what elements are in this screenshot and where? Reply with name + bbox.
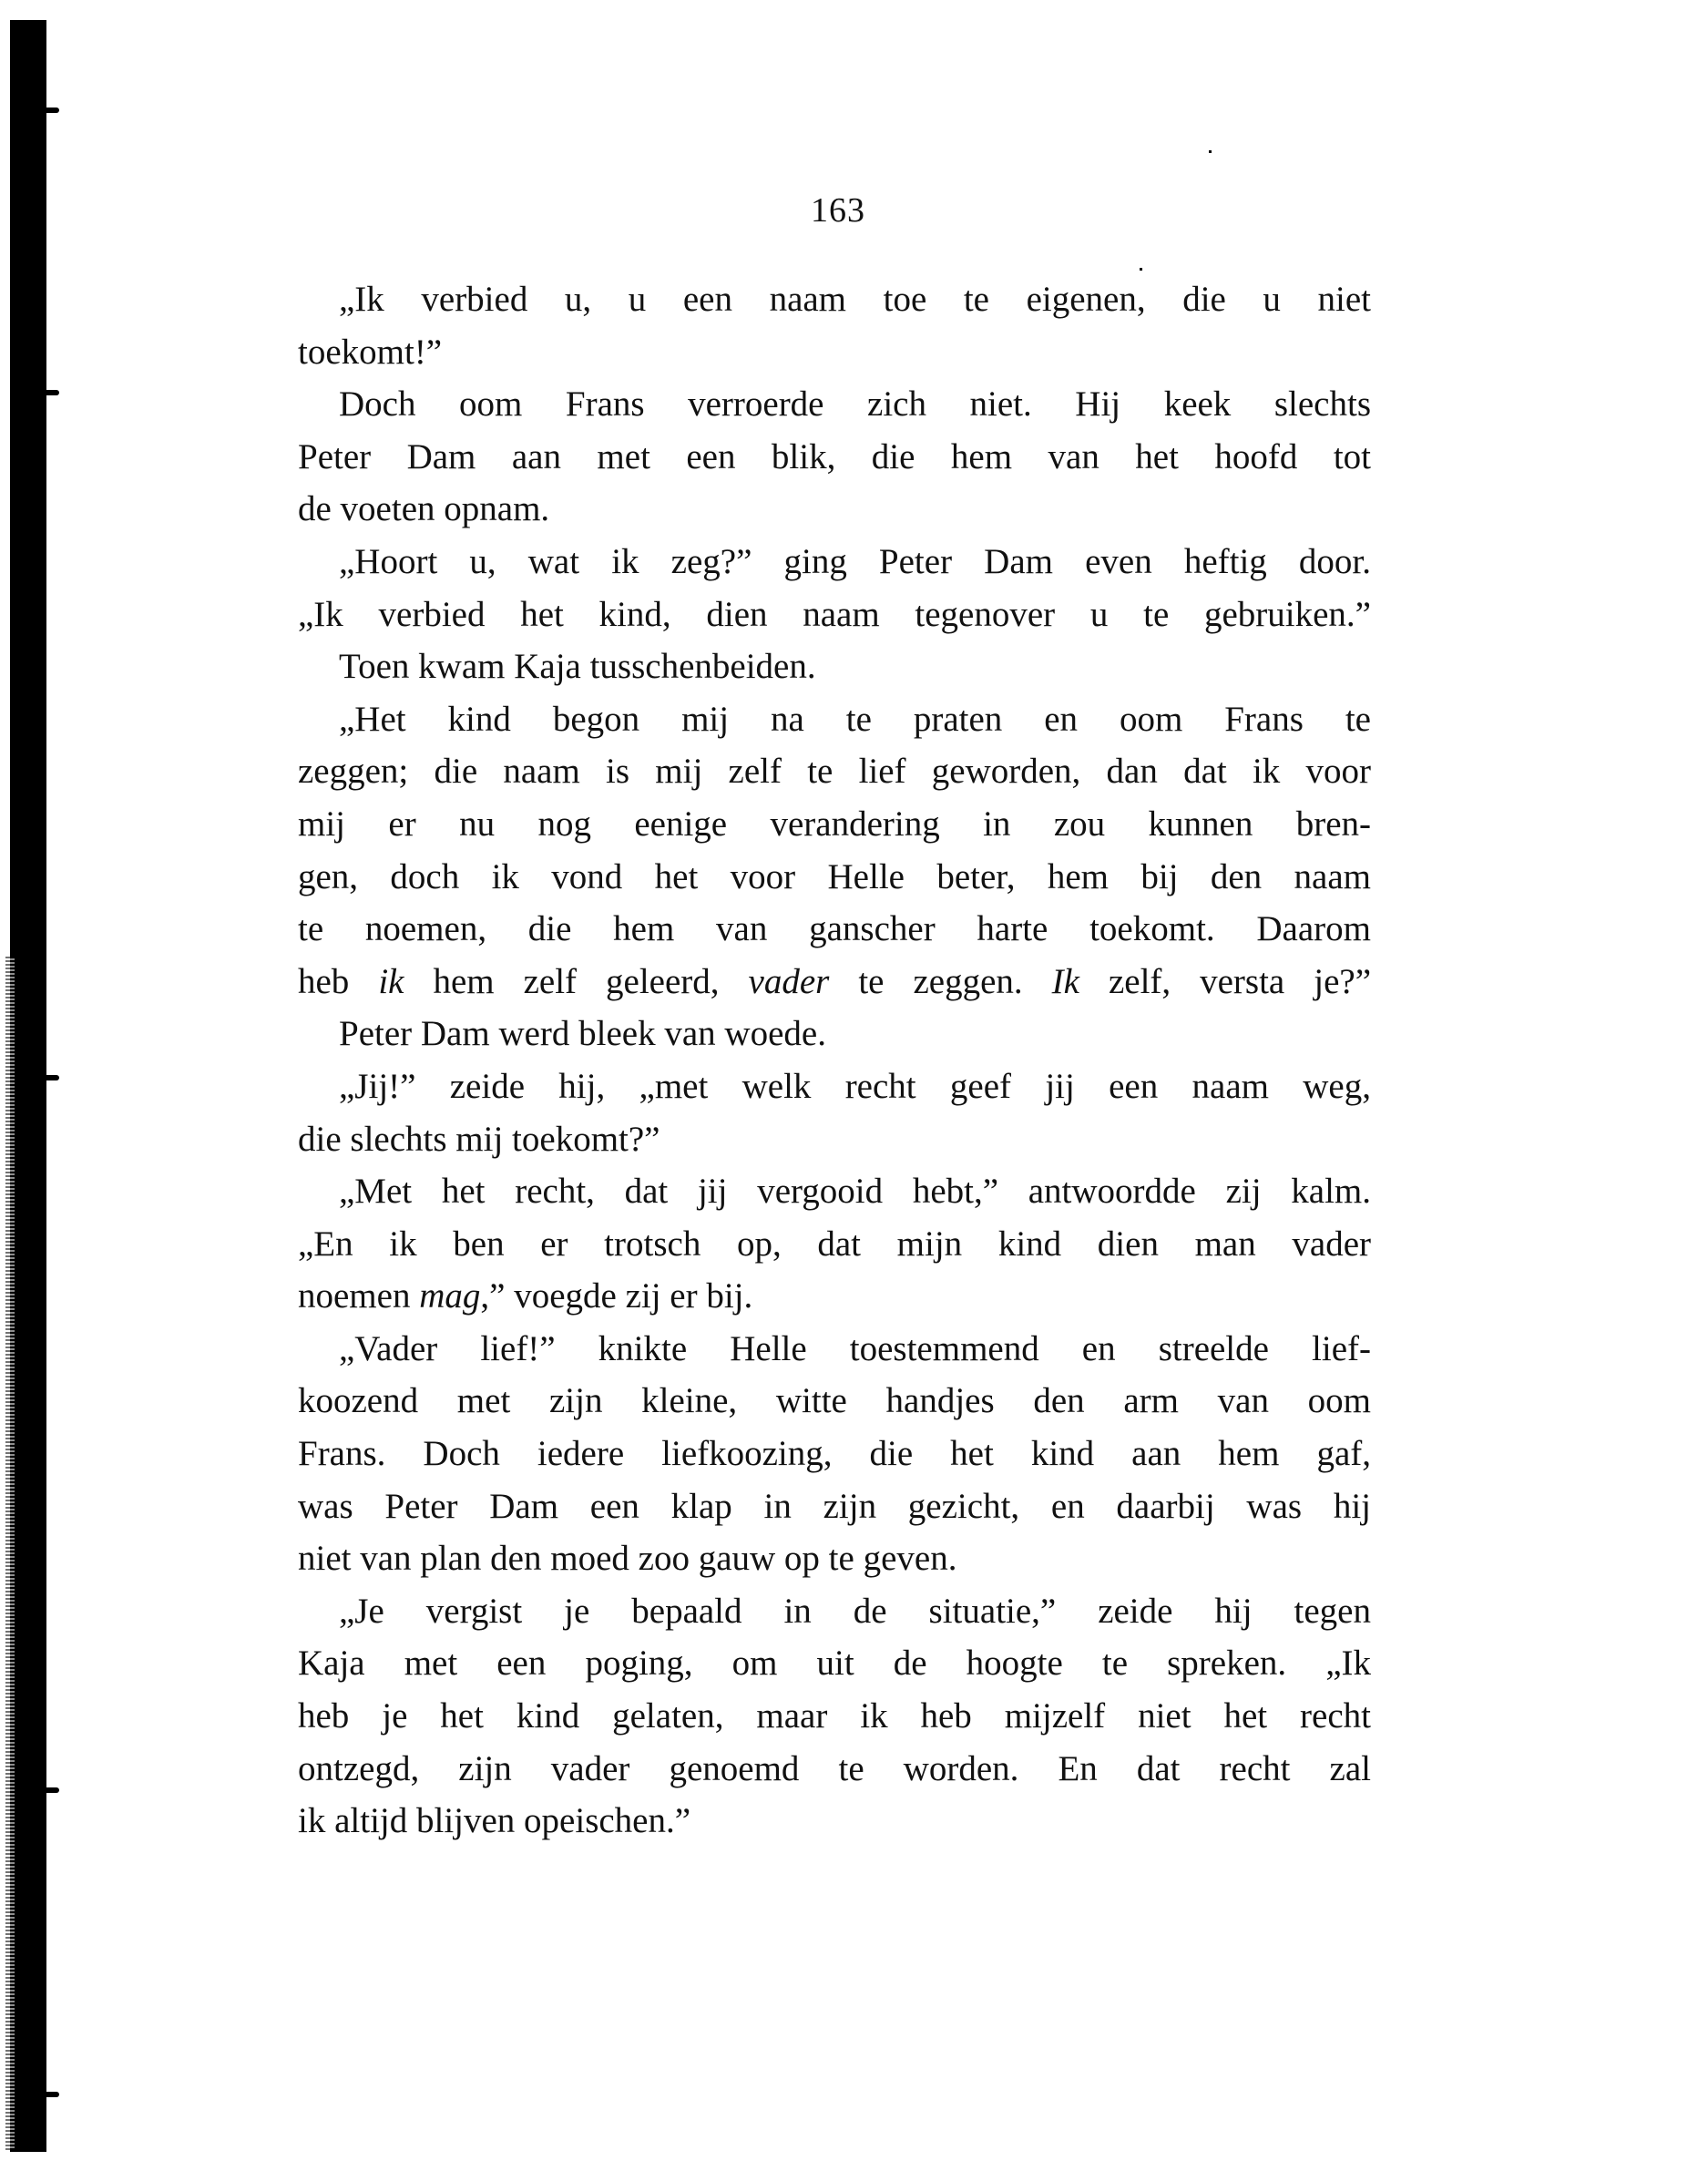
- text-line: noemen mag,” voegde zij er bij.: [298, 1270, 1371, 1323]
- text-line: Peter Dam werd bleek van woede.: [298, 1008, 1371, 1060]
- text-run: te noemen, die hem van ganscher harte to…: [298, 909, 1371, 948]
- text-run: hem zelf geleerd,: [404, 962, 748, 1001]
- scan-speck: [1140, 268, 1142, 271]
- text-line: ontzegd, zijn vader genoemd te worden. E…: [298, 1743, 1371, 1796]
- text-run: ,” voegde zij er bij.: [480, 1276, 752, 1316]
- text-run: „Met het recht, dat jij vergooid hebt,” …: [339, 1172, 1371, 1211]
- binding-notch: [45, 1075, 59, 1080]
- text-line: niet van plan den moed zoo gauw op te ge…: [298, 1532, 1371, 1585]
- text-line: Kaja met een poging, om uit de hoogte te…: [298, 1637, 1371, 1690]
- italic-text: Ik: [1052, 962, 1079, 1001]
- text-run: „Het kind begon mij na te praten en oom …: [339, 700, 1371, 739]
- text-line: te noemen, die hem van ganscher harte to…: [298, 903, 1371, 956]
- text-line: was Peter Dam een klap in zijn gezicht, …: [298, 1480, 1371, 1533]
- text-run: ik altijd blijven opeischen.”: [298, 1801, 690, 1840]
- text-line: Peter Dam aan met een blik, die hem van …: [298, 431, 1371, 484]
- text-line: koozend met zijn kleine, witte handjes d…: [298, 1375, 1371, 1428]
- text-run: gen, doch ik vond het voor Helle beter, …: [298, 857, 1371, 896]
- text-run: Doch oom Frans verroerde zich niet. Hij …: [339, 384, 1371, 424]
- text-run: ontzegd, zijn vader genoemd te worden. E…: [298, 1749, 1371, 1788]
- text-run: mij er nu nog eenige verandering in zou …: [298, 804, 1371, 844]
- text-run: Peter Dam aan met een blik, die hem van …: [298, 437, 1371, 476]
- text-run: Peter Dam werd bleek van woede.: [339, 1014, 826, 1053]
- text-run: „Je vergist je bepaald in de situatie,” …: [339, 1592, 1371, 1631]
- text-run: „En ik ben er trotsch op, dat mijn kind …: [298, 1224, 1371, 1264]
- text-line: „En ik ben er trotsch op, dat mijn kind …: [298, 1218, 1371, 1271]
- text-line: ik altijd blijven opeischen.”: [298, 1795, 1371, 1848]
- text-line: „Je vergist je bepaald in de situatie,” …: [298, 1585, 1371, 1638]
- text-line: de voeten opnam.: [298, 483, 1371, 536]
- text-line: „Ik verbied u, u een naam toe te eigenen…: [298, 273, 1371, 326]
- text-run: „Ik verbied u, u een naam toe te eigenen…: [339, 280, 1371, 319]
- binding-notch: [45, 108, 59, 113]
- text-run: was Peter Dam een klap in zijn gezicht, …: [298, 1487, 1371, 1526]
- text-line: Frans. Doch iedere liefkoozing, die het …: [298, 1428, 1371, 1480]
- text-run: toekomt!”: [298, 333, 442, 372]
- text-run: „Hoort u, wat ik zeg?” ging Peter Dam ev…: [339, 542, 1371, 581]
- text-run: zeggen; die naam is mij zelf te lief gew…: [298, 752, 1371, 791]
- text-run: de voeten opnam.: [298, 489, 549, 528]
- text-run: zelf, versta je?”: [1079, 962, 1371, 1001]
- text-line: die slechts mij toekomt?”: [298, 1113, 1371, 1166]
- text-line: Doch oom Frans verroerde zich niet. Hij …: [298, 378, 1371, 431]
- page-body-text: „Ik verbied u, u een naam toe te eigenen…: [298, 273, 1371, 1848]
- text-line: gen, doch ik vond het voor Helle beter, …: [298, 851, 1371, 904]
- text-line: „Jij!” zeide hij, „met welk recht geef j…: [298, 1060, 1371, 1113]
- text-run: heb: [298, 962, 378, 1001]
- text-run: niet van plan den moed zoo gauw op te ge…: [298, 1539, 956, 1578]
- text-line: mij er nu nog eenige verandering in zou …: [298, 798, 1371, 851]
- text-line: zeggen; die naam is mij zelf te lief gew…: [298, 745, 1371, 798]
- text-run: heb je het kind gelaten, maar ik heb mij…: [298, 1696, 1371, 1736]
- text-run: „Jij!” zeide hij, „met welk recht geef j…: [339, 1067, 1371, 1106]
- text-run: „Vader lief!” knikte Helle toestemmend e…: [339, 1329, 1371, 1368]
- text-run: Frans. Doch iedere liefkoozing, die het …: [298, 1434, 1371, 1473]
- binding-notch: [45, 1787, 59, 1793]
- text-run: Toen kwam Kaja tusschenbeiden.: [339, 647, 816, 686]
- page-number: 163: [793, 188, 884, 233]
- text-run: „Ik verbied het kind, dien naam tegenove…: [298, 595, 1371, 634]
- text-line: „Het kind begon mij na te praten en oom …: [298, 693, 1371, 746]
- scan-speck: [1209, 150, 1212, 153]
- text-line: Toen kwam Kaja tusschenbeiden.: [298, 640, 1371, 693]
- text-run: te zeggen.: [829, 962, 1051, 1001]
- text-line: heb ik hem zelf geleerd, vader te zeggen…: [298, 956, 1371, 1009]
- text-line: „Met het recht, dat jij vergooid hebt,” …: [298, 1165, 1371, 1218]
- binding-notch: [45, 390, 59, 395]
- text-line: „Vader lief!” knikte Helle toestemmend e…: [298, 1323, 1371, 1376]
- italic-text: ik: [378, 962, 404, 1001]
- text-run: die slechts mij toekomt?”: [298, 1120, 660, 1159]
- text-line: heb je het kind gelaten, maar ik heb mij…: [298, 1690, 1371, 1743]
- text-line: „Ik verbied het kind, dien naam tegenove…: [298, 589, 1371, 641]
- binding-scan-noise: [5, 957, 15, 2150]
- text-run: koozend met zijn kleine, witte handjes d…: [298, 1381, 1371, 1420]
- italic-text: vader: [749, 962, 830, 1001]
- binding-notch: [45, 2092, 59, 2097]
- text-run: noemen: [298, 1276, 419, 1316]
- book-binding-edge: [10, 20, 46, 2152]
- text-line: „Hoort u, wat ik zeg?” ging Peter Dam ev…: [298, 536, 1371, 589]
- italic-text: mag: [419, 1276, 480, 1316]
- text-run: Kaja met een poging, om uit de hoogte te…: [298, 1644, 1371, 1683]
- text-line: toekomt!”: [298, 326, 1371, 379]
